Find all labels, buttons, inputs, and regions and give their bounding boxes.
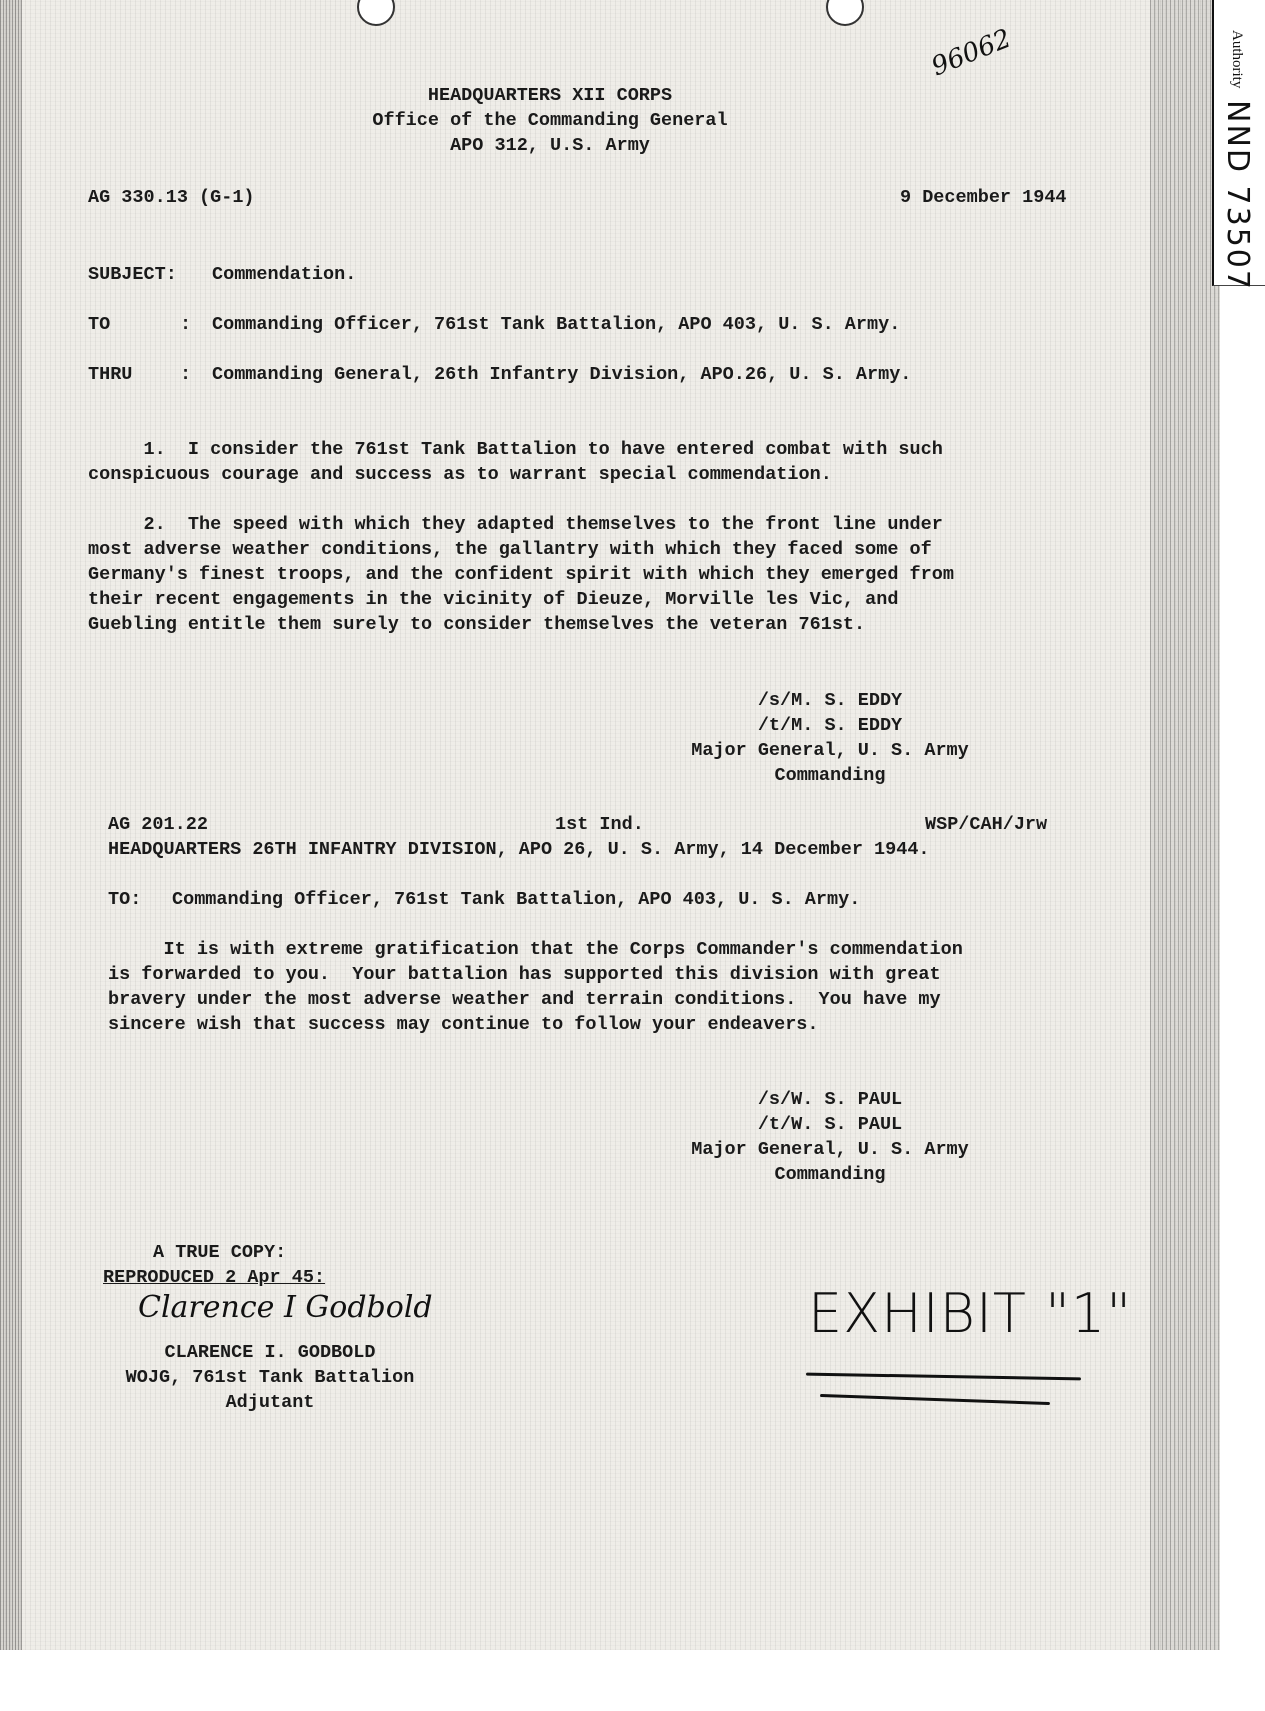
paragraph-line: Guebling entitle them surely to consider…	[88, 612, 865, 637]
paragraph-line: their recent engagements in the vicinity…	[88, 587, 898, 612]
typed-name: /t/W. S. PAUL	[660, 1112, 1000, 1137]
certifier-role: Adjutant	[70, 1390, 470, 1415]
endorsement-line: bravery under the most adverse weather a…	[108, 987, 941, 1012]
typed-name: /t/M. S. EDDY	[660, 713, 1000, 738]
signer-role: Commanding	[660, 763, 1000, 788]
exhibit-label: EXHIBIT "1"	[808, 1282, 1132, 1345]
paragraph-line: conspicuous courage and success as to wa…	[88, 462, 832, 487]
subject-label: SUBJECT:	[88, 262, 177, 287]
thru-label: THRU	[88, 362, 132, 387]
endorsement-to-value: Commanding Officer, 761st Tank Battalion…	[172, 887, 860, 912]
endorsement-ind: 1st Ind.	[555, 812, 644, 837]
handwritten-signature: Clarence I Godbold	[138, 1290, 433, 1325]
letterhead-line1: HEADQUARTERS XII CORPS	[300, 83, 800, 108]
thru-value: Commanding General, 26th Infantry Divisi…	[212, 362, 911, 387]
scan-edge-left	[0, 0, 22, 1650]
endorsement-line: sincere wish that success may continue t…	[108, 1012, 819, 1037]
signed-name: /s/M. S. EDDY	[660, 688, 1000, 713]
certifier-title: WOJG, 761st Tank Battalion	[70, 1365, 470, 1390]
true-copy-label: A TRUE COPY:	[153, 1240, 286, 1265]
authority-stamp: Authority NND 73507	[1220, 30, 1255, 291]
to-separator: :	[180, 312, 191, 337]
authority-value: NND 73507	[1220, 100, 1255, 291]
endorsement-line: is forwarded to you. Your battalion has …	[108, 962, 941, 987]
file-reference: AG 330.13 (G-1)	[88, 185, 255, 210]
authority-label: Authority	[1229, 30, 1245, 88]
paragraph-line: 1. I consider the 761st Tank Battalion t…	[88, 437, 943, 462]
to-value: Commanding Officer, 761st Tank Battalion…	[212, 312, 900, 337]
endorsement-to-label: TO:	[108, 887, 141, 912]
subject-value: Commendation.	[212, 262, 356, 287]
letterhead-line3: APO 312, U.S. Army	[300, 133, 800, 158]
letterhead-line2: Office of the Commanding General	[300, 108, 800, 133]
signer-rank: Major General, U. S. Army	[660, 1137, 1000, 1162]
certifier-name: CLARENCE I. GODBOLD	[70, 1340, 470, 1365]
to-label: TO	[88, 312, 110, 337]
signer-role: Commanding	[660, 1162, 1000, 1187]
paragraph-line: most adverse weather conditions, the gal…	[88, 537, 932, 562]
endorsement-initials: WSP/CAH/Jrw	[925, 812, 1047, 837]
endorsement-header: HEADQUARTERS 26TH INFANTRY DIVISION, APO…	[108, 837, 930, 862]
endorsement-line: It is with extreme gratification that th…	[108, 937, 963, 962]
paragraph-line: 2. The speed with which they adapted the…	[88, 512, 943, 537]
endorsement-file-ref: AG 201.22	[108, 812, 208, 837]
reproduced-label: REPRODUCED 2 Apr 45:	[103, 1265, 325, 1290]
signed-name: /s/W. S. PAUL	[660, 1087, 1000, 1112]
thru-separator: :	[180, 362, 191, 387]
paragraph-line: Germany's finest troops, and the confide…	[88, 562, 954, 587]
letter-date: 9 December 1944	[900, 185, 1067, 210]
scan-edge-right	[1150, 0, 1220, 1650]
signer-rank: Major General, U. S. Army	[660, 738, 1000, 763]
